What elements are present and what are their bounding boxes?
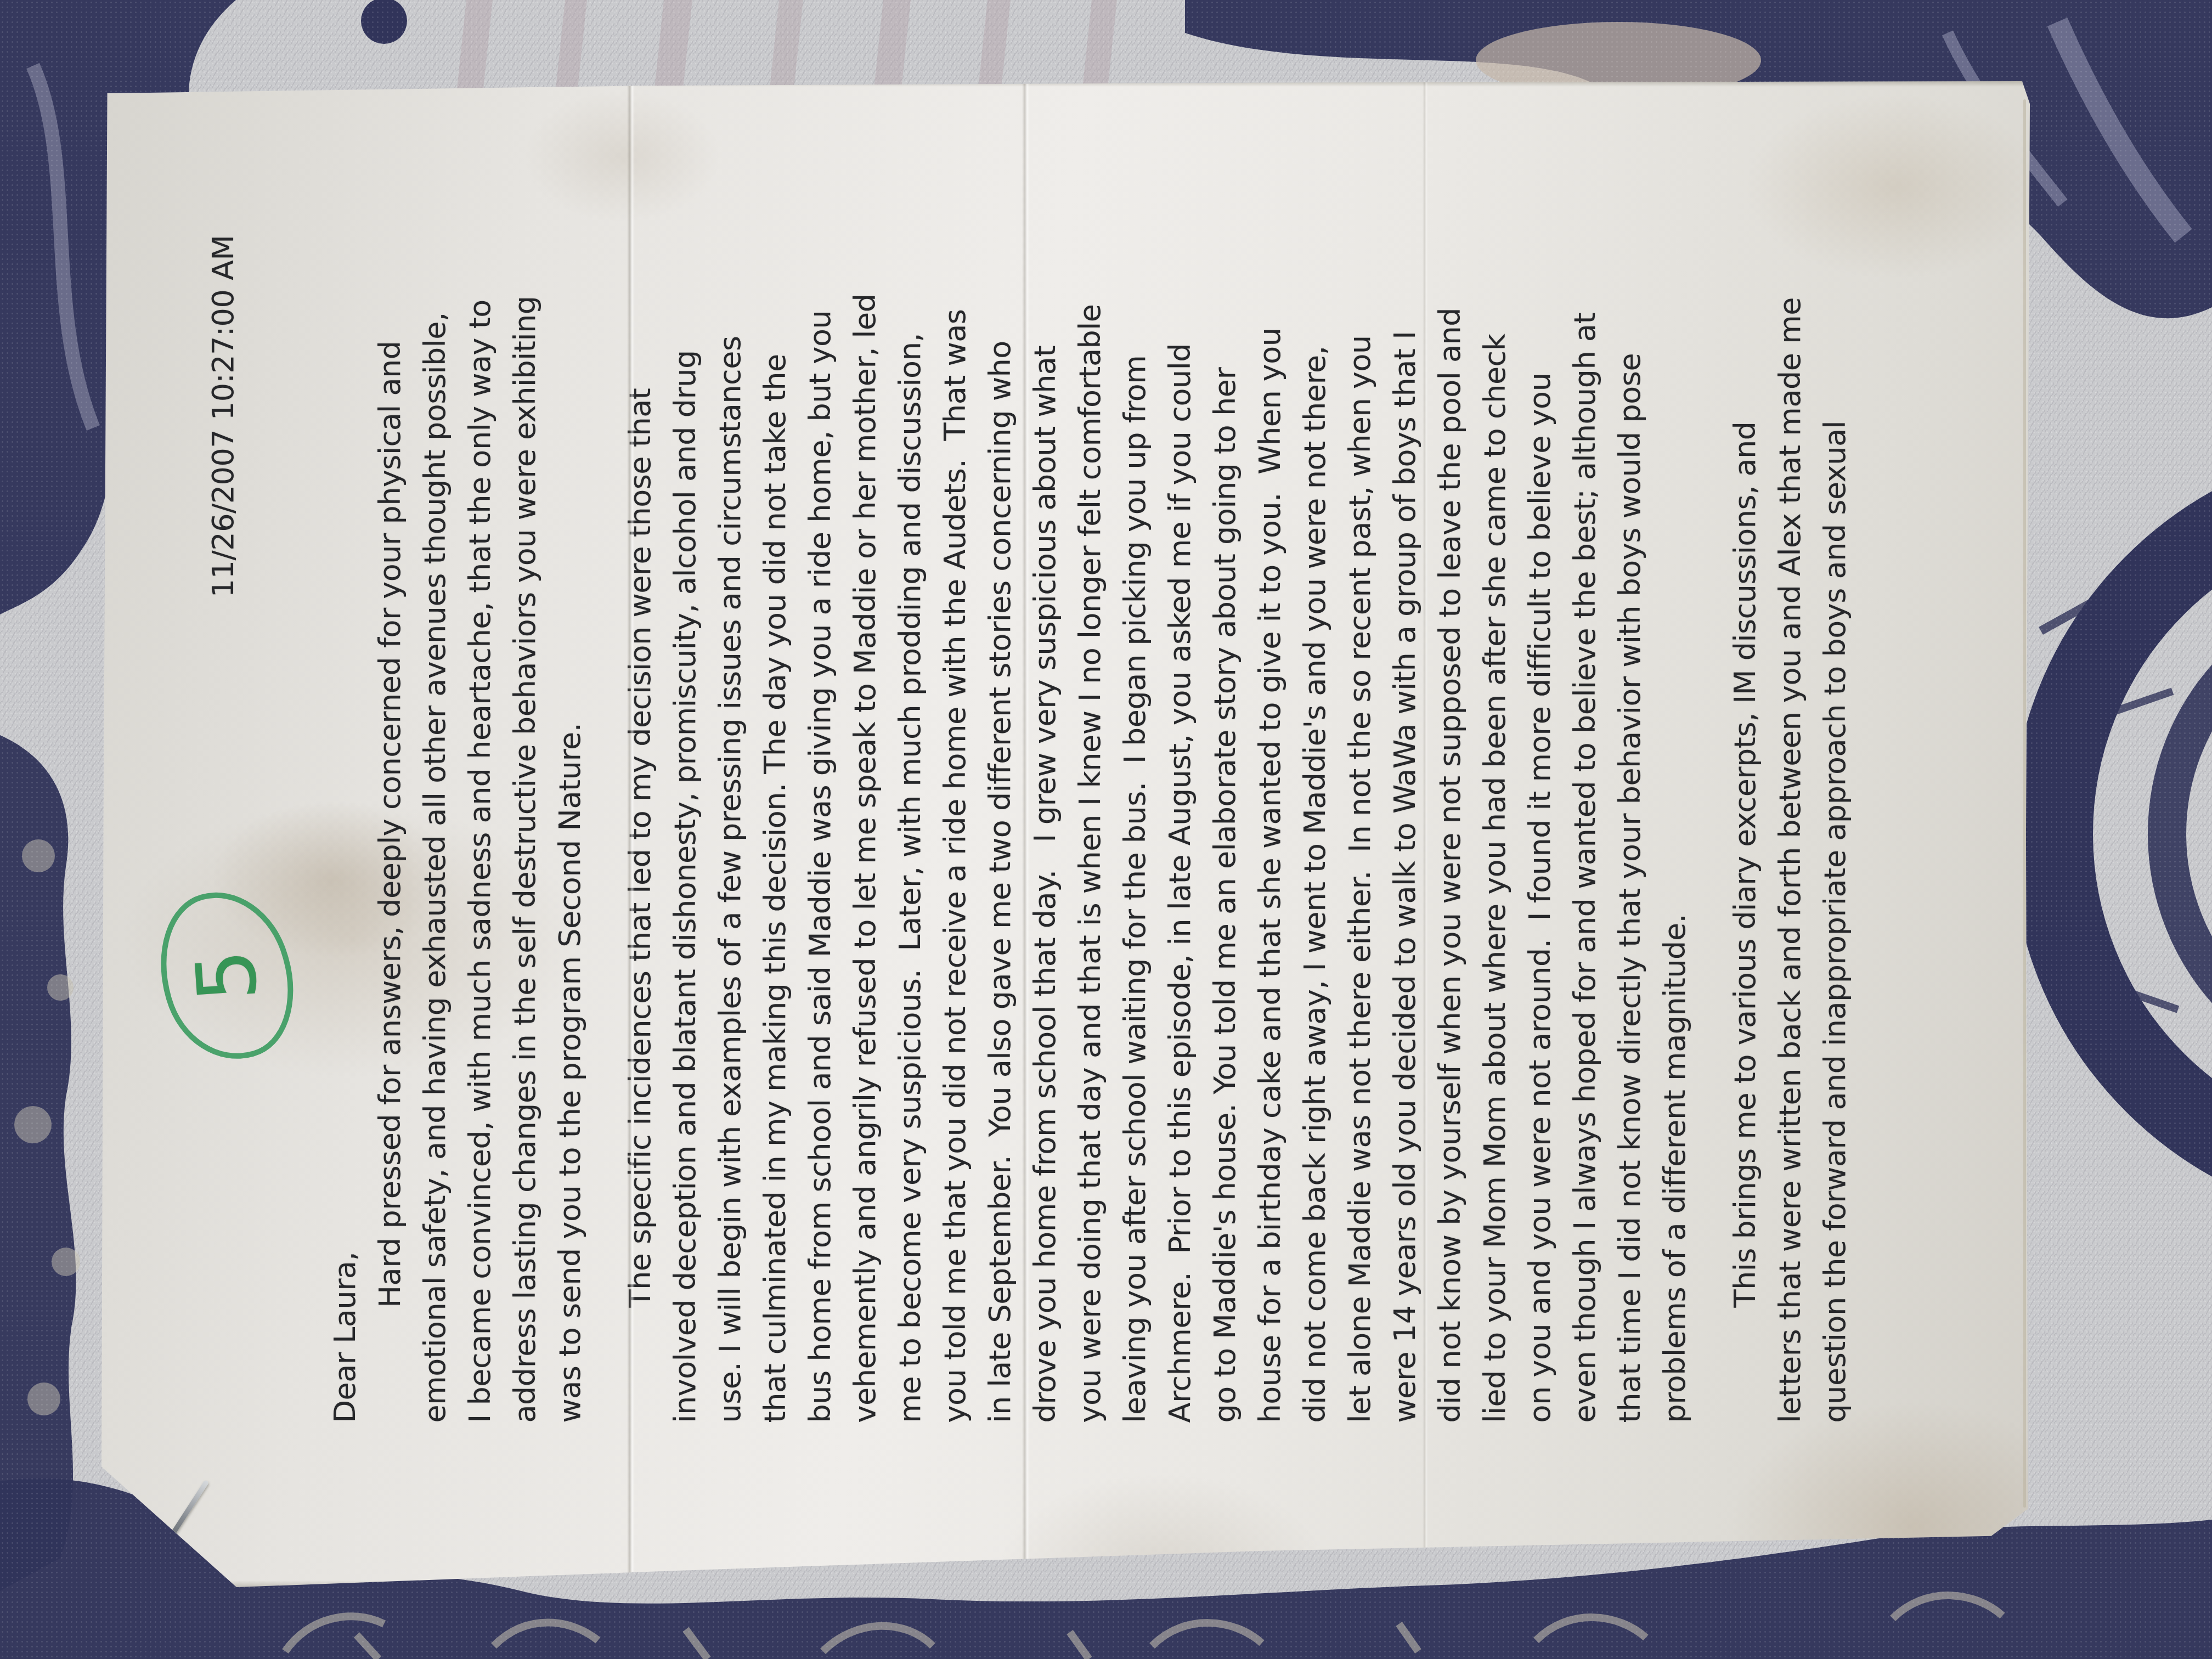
letter-line: go to Maddie's house. You told me an ela… [1202,235,1247,1423]
letter-line: This brings me to various diary excerpts… [1722,235,1767,1423]
letter-line: vehemently and angrily refused to let me… [842,235,887,1423]
letter-line: were 14 years old you decided to walk to… [1382,235,1427,1423]
letter-header: 5 11/26/2007 10:27:00 AM [200,235,245,1423]
letter-line: did not come back right away, I went to … [1292,235,1337,1423]
letter-body: Hard pressed for answers, deeply concern… [367,235,1857,1423]
letter-line: Hard pressed for answers, deeply concern… [367,235,412,1423]
letter-line: involved deception and blatant dishonest… [662,235,707,1423]
letter-line: you told me that you did not receive a r… [932,235,977,1423]
letter-line: emotional safety, and having exhausted a… [412,235,457,1423]
letter-line: I became convinced, with much sadness an… [457,235,502,1423]
greeting: Dear Laura, [322,235,367,1423]
letter-paragraph: Hard pressed for answers, deeply concern… [367,235,592,1423]
letter-line: The specific incidences that led to my d… [617,235,662,1423]
letter-line: lied to your Mom Mom about where you had… [1472,235,1517,1423]
letter-line: did not know by yourself when you were n… [1427,235,1472,1423]
letter-line: me to become very suspicious. Later, wit… [887,235,932,1423]
letter-line: that time I did not know directly that y… [1607,235,1652,1423]
stacked-sheets-edge [2023,99,2026,1508]
letter-line: house for a birthday cake and that she w… [1247,235,1292,1423]
letter-line: question the forward and inappropriate a… [1812,235,1857,1423]
letter-line: Archmere. Prior to this episode, in late… [1157,235,1202,1423]
letter-line: use. I will begin with examples of a few… [707,235,752,1423]
letter-line: address lasting changes in the self dest… [502,235,547,1423]
letter-paragraph: The specific incidences that led to my d… [617,235,1697,1423]
letter-line: even though I always hoped for and wante… [1562,235,1607,1423]
letter-line: on you and you were not around. I found … [1517,235,1562,1423]
letter-content: 5 11/26/2007 10:27:00 AM Dear Laura, Har… [101,81,2030,1587]
letter-paper: 5 11/26/2007 10:27:00 AM Dear Laura, Har… [101,81,2030,1587]
photo-of-letter: 5 11/26/2007 10:27:00 AM Dear Laura, Har… [0,0,2212,1659]
letter-line: problems of a different magnitude. [1652,235,1697,1423]
letter-line: letters that were written back and forth… [1767,235,1812,1423]
page-number-annotation: 5 [184,947,268,1004]
letter-line: drove you home from school that day. I g… [1022,235,1067,1423]
letter-line: in late September. You also gave me two … [977,235,1022,1423]
letter-line: leaving you after school waiting for the… [1112,235,1157,1423]
letter-line: let alone Maddie was not there either. I… [1337,235,1382,1423]
timestamp-header: 11/26/2007 10:27:00 AM [200,235,245,597]
letter-paragraph: This brings me to various diary excerpts… [1722,235,1857,1423]
page-number-circle: 5 [141,876,312,1075]
letter-line: you were doing that day and that is when… [1067,235,1112,1423]
letter-line: bus home from school and said Maddie was… [797,235,842,1423]
letter-line: that culminated in my making this decisi… [752,235,797,1423]
letter-line: was to send you to the program Second Na… [547,235,592,1423]
